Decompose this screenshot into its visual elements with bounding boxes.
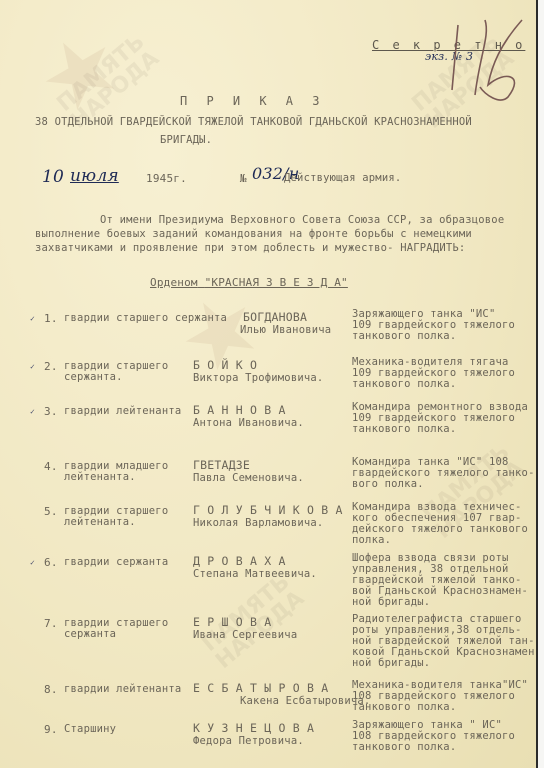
entry-given-name: Павла Семеновича. [193,472,304,484]
entry-position: полка. [352,534,391,546]
date-year: 1945г. [146,172,187,185]
page-number-handwritten [430,15,530,125]
check-mark-icon: ✓ [30,407,35,416]
entry-number: 3. [44,405,58,418]
entry-given-name: Какена Есбатыровича. [240,695,370,707]
entry-number: 8. [44,683,58,696]
preamble-line: выполнение боевых заданий командования н… [35,228,472,240]
award-name: "КРАСНАЯ З В Е З Д А" [205,276,348,289]
entry-rank: гвардии лейтенанта [64,683,181,695]
check-mark-icon: ✓ [30,362,35,371]
entry-position: танкового полка. [352,701,456,713]
document-page: ★ ПАМЯТЬ НАРОДА ★ ПАМЯТЬ НАРОДА ПАМЯТЬ Н… [0,0,536,768]
entry-rank: лейтенанта. [64,471,136,483]
entry-surname: БОГДАНОВА [243,310,307,324]
entry-number: 1. [44,312,58,325]
award-label: Орденом [150,276,198,289]
entry-rank: сержанта. [64,371,123,383]
entry-rank: лейтенанта. [64,516,136,528]
entry-number: 9. [44,723,58,736]
entry-position: танкового полка. [352,330,456,342]
unit-name-line1: 38 ОТДЕЛЬНОЙ ГВАРДЕЙСКОЙ ТЯЖЕЛОЙ ТАНКОВО… [35,116,472,128]
entry-surname: Е С Б А Т Ы Р О В А [193,681,328,695]
entry-surname: Б А Н Н О В А [193,403,286,417]
entry-number: 7. [44,617,58,630]
entry-surname: К У З Н Е Ц О В А [193,721,314,735]
entry-given-name: Антона Ивановича. [193,417,304,429]
entry-position: вого полка. [352,478,424,490]
entry-given-name: Илью Ивановича [240,324,331,336]
entry-position: ной бригады. [352,596,430,608]
entry-position: танкового полка. [352,741,456,753]
entry-given-name: Федора Петровича. [193,735,304,747]
entry-position: ной бригады. [352,657,430,669]
check-mark-icon: ✓ [30,314,35,323]
check-mark-icon: ✓ [30,558,35,567]
entry-number: 6. [44,556,58,569]
entry-number: 5. [44,505,58,518]
entry-surname: ГВЕТАДЗЕ [193,458,250,472]
entry-surname: Е Р Ш О В А [193,615,271,629]
entry-surname: Б О Й К О [193,358,257,372]
entry-rank: гвардии сержанта [64,556,168,568]
entry-surname: Г О Л У Б Ч И К О В А [193,503,343,517]
entry-given-name: Ивана Сергеевича [193,629,297,641]
entry-position: танкового полка. [352,378,456,390]
document-title: П Р И К А З [180,94,325,108]
entry-given-name: Степана Матвеевича. [193,568,317,580]
preamble-line: От имени Президиума Верховного Совета Со… [100,214,504,226]
award-heading: Орденом "КРАСНАЯ З В Е З Д А" [150,276,348,289]
place-label: Действующая армия. [284,172,401,184]
unit-name-line2: БРИГАДЫ. [160,134,212,146]
date-month: июля [70,166,119,186]
entry-number: 4. [44,460,58,473]
preamble-line: захватчиками и проявление при этом добле… [35,242,465,254]
entry-rank: Старшину [64,723,116,735]
entry-position: танкового полка. [352,423,456,435]
entry-given-name: Николая Варламовича. [193,517,323,529]
order-number-prefix: № [240,172,247,185]
entry-rank: гвардии лейтенанта [64,405,181,417]
entry-rank: гвардии старшего сержанта [64,312,227,324]
entry-rank: сержанта [64,628,116,640]
scan-edge [536,0,544,768]
date-day: 10 [42,167,64,187]
entry-given-name: Виктора Трофимовича. [193,372,323,384]
entry-surname: Д Р О В А Х А [193,554,286,568]
entry-number: 2. [44,360,58,373]
